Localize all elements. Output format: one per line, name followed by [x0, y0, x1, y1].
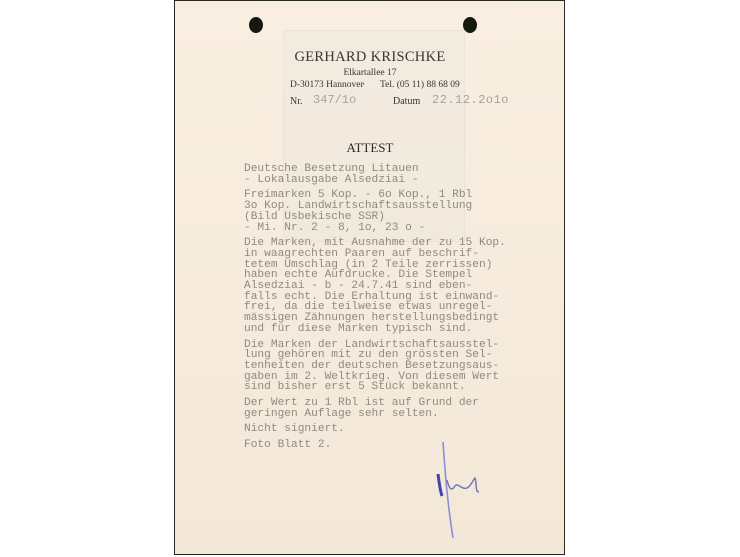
certificate-body: Deutsche Besetzung Litauen- Lokalausgabe…	[244, 164, 544, 456]
letterhead-phone: Tel. (05 11) 88 68 09	[380, 80, 460, 90]
punch-hole-right	[463, 17, 477, 33]
paragraph: Freimarken 5 Kop. - 6o Kop., 1 Rbl3o Kop…	[244, 190, 544, 233]
text-line: sind bisher erst 5 Stück bekannt.	[244, 382, 544, 393]
paragraph: Die Marken der Landwirtschaftsausstel-lu…	[244, 340, 544, 394]
punch-hole-left	[249, 17, 263, 33]
paragraph: Nicht signiert.	[244, 424, 544, 435]
date-value: 22.12.2o1o	[432, 93, 509, 107]
number-label: Nr.	[290, 96, 303, 107]
date-label: Datum	[393, 96, 420, 107]
document-title: ATTEST	[0, 140, 740, 156]
paragraph: Deutsche Besetzung Litauen- Lokalausgabe…	[244, 164, 544, 185]
paragraph: Der Wert zu 1 Rbl ist auf Grund dergerin…	[244, 398, 544, 419]
letterhead-street: Elkartallee 17	[0, 68, 740, 78]
number-value: 347/1o	[313, 93, 356, 107]
text-line: und für diese Marken typisch sind.	[244, 324, 544, 335]
letterhead-name: GERHARD KRISCHKE	[0, 49, 740, 66]
text-line: Nicht signiert.	[244, 424, 544, 435]
text-line: geringen Auflage sehr selten.	[244, 409, 544, 420]
signature-icon	[425, 440, 505, 540]
letterhead-city: D-30173 Hannover	[290, 80, 364, 90]
text-line: - Lokalausgabe Alsedziai -	[244, 175, 544, 186]
text-line: - Mi. Nr. 2 - 8, 1o, 23 o -	[244, 223, 544, 234]
letterhead-separator: ·	[362, 80, 365, 90]
paragraph: Die Marken, mit Ausnahme der zu 15 Kop.i…	[244, 238, 544, 334]
text-line: (Bild Usbekische SSR)	[244, 212, 544, 223]
